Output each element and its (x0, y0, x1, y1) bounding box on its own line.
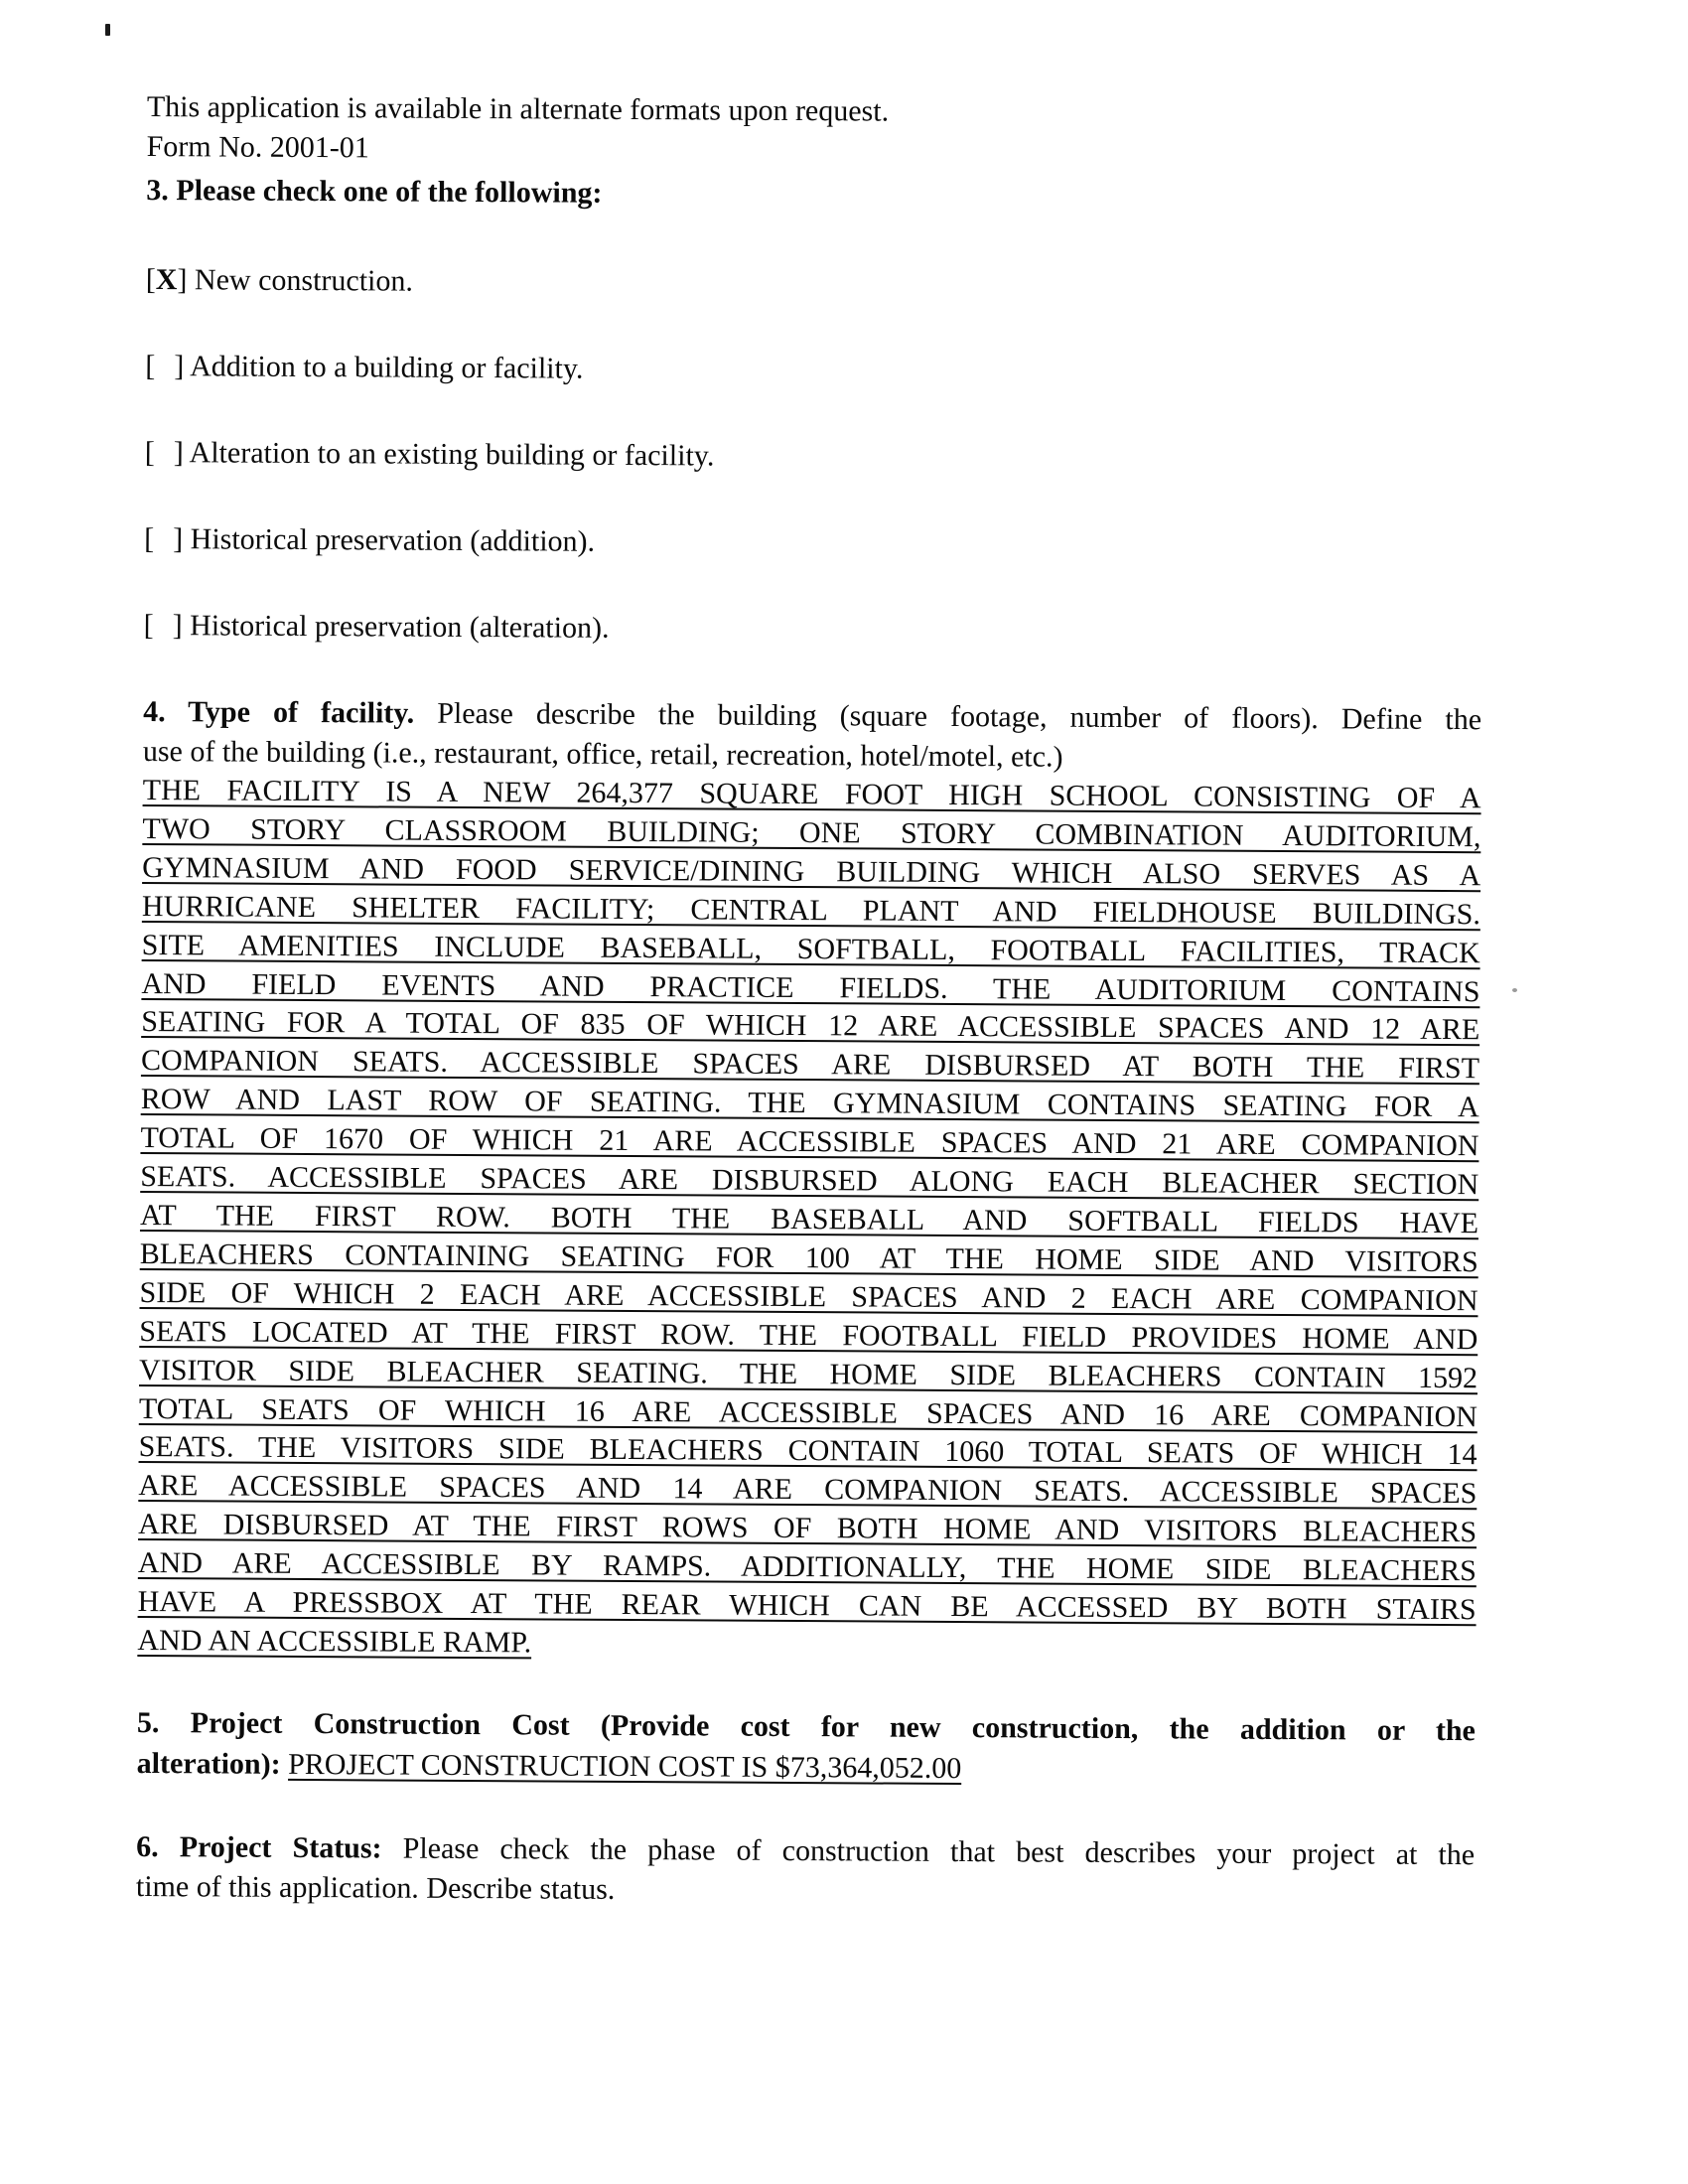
section4-title: 4. Type of facility. (143, 695, 414, 730)
section4-type-of-facility: 4. Type of facility. Please describe the… (137, 692, 1481, 1669)
section5-construction-cost: 5. Project Construction Cost (Provide co… (137, 1702, 1476, 1792)
checkbox-mark: X (156, 260, 178, 300)
section3-heading: 3. Please check one of the following: (146, 171, 1484, 218)
checkbox-bracket: ] (173, 609, 183, 642)
checkbox-bracket: [ (144, 522, 154, 555)
checkbox-option-new-construction: [X] New construction. (146, 260, 1484, 308)
ink-speck (1512, 988, 1517, 992)
facility-description-line: AND AN ACCESSIBLE RAMP. (137, 1622, 1476, 1669)
checkbox-option-historical-addition: [] Historical preservation (addition). (144, 519, 1482, 567)
ink-speck (105, 24, 110, 36)
checkbox-bracket: ] (177, 263, 187, 296)
checkbox-bracket: [ (145, 350, 155, 382)
form-content: This application is available in alterna… (136, 87, 1485, 1915)
section6-text: Please check the phase of construction t… (403, 1831, 1476, 1871)
section6-title: 6. Project Status: (136, 1830, 382, 1865)
checkbox-label: Alteration to an existing building or fa… (190, 436, 715, 472)
section5-heading-line2-label: alteration): (137, 1747, 281, 1781)
checkbox-bracket: [ (145, 436, 155, 469)
checkbox-option-alteration: [] Alteration to an existing building or… (145, 433, 1483, 481)
checkbox-label: Addition to a building or facility. (190, 350, 584, 384)
section5-line2: alteration): PROJECT CONSTRUCTION COST I… (137, 1743, 1476, 1792)
checkbox-option-addition: [] Addition to a building or facility. (145, 347, 1483, 394)
checkbox-bracket: [ (146, 263, 156, 296)
section6-project-status: 6. Project Status: Please check the phas… (136, 1827, 1475, 1915)
section4-prompt-text: Please describe the building (square foo… (437, 697, 1481, 736)
scanned-form-page: This application is available in alterna… (0, 0, 1688, 2184)
checkbox-label: Historical preservation (addition). (191, 522, 596, 557)
checkbox-bracket: ] (174, 436, 184, 469)
checkbox-label: New construction. (195, 263, 413, 297)
checkbox-label: Historical preservation (alteration). (190, 609, 610, 645)
checkbox-bracket: ] (174, 350, 184, 382)
checkbox-list: [X] New construction. [] Addition to a b… (144, 260, 1484, 654)
checkbox-bracket: [ (144, 609, 154, 642)
facility-description: THE FACILITY IS A NEW 264,377 SQUARE FOO… (137, 772, 1480, 1669)
checkbox-option-historical-alteration: [] Historical preservation (alteration). (144, 606, 1482, 654)
section6-line2: time of this application. Describe statu… (136, 1867, 1475, 1915)
form-number: Form No. 2001-01 (147, 127, 1485, 175)
construction-cost-value: PROJECT CONSTRUCTION COST IS $73,364,052… (288, 1748, 961, 1785)
checkbox-bracket: ] (173, 522, 183, 555)
